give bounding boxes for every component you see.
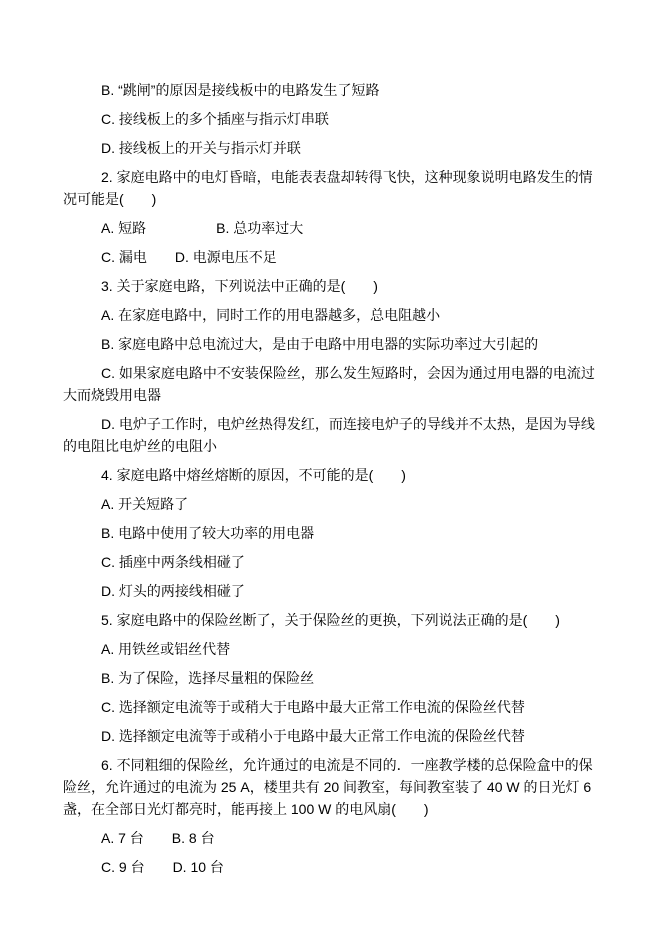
text-line: C. 接线板上的多个插座与指示灯串联 bbox=[63, 108, 599, 130]
text-line: C. 插座中两条线相碰了 bbox=[63, 551, 599, 573]
text-line: A. 用铁丝或铝丝代替 bbox=[63, 638, 599, 660]
text-line: D. 接线板上的开关与指示灯并联 bbox=[63, 137, 599, 159]
text-line: B. “跳闸”的原因是接线板中的电路发生了短路 bbox=[63, 79, 599, 101]
text-line: C. 如果家庭电路中不安装保险丝，那么发生短路时，会因为通过用电器的电流过大而烧… bbox=[63, 362, 599, 406]
text-line: D. 电炉子工作时，电炉丝热得发红，而连接电炉子的导线并不太热，是因为导线的电阻… bbox=[63, 413, 599, 457]
text-line: C. 漏电 D. 电源电压不足 bbox=[63, 246, 599, 268]
text-line: 4. 家庭电路中熔丝熔断的原因，不可能的是( ) bbox=[63, 464, 599, 486]
text-line: C. 9 台 D. 10 台 bbox=[63, 856, 599, 878]
text-line: A. 在家庭电路中，同时工作的用电器越多，总电阻越小 bbox=[63, 304, 599, 326]
text-line: A. 7 台 B. 8 台 bbox=[63, 827, 599, 849]
text-line: 6. 不同粗细的保险丝，允许通过的电流是不同的．一座教学楼的总保险盒中的保险丝，… bbox=[63, 754, 599, 820]
text-line: 2. 家庭电路中的电灯昏暗，电能表表盘却转得飞快，这种现象说明电路发生的情况可能… bbox=[63, 166, 599, 210]
text-line: A. 开关短路了 bbox=[63, 493, 599, 515]
text-line: B. 家庭电路中总电流过大，是由于电路中用电器的实际功率过大引起的 bbox=[63, 333, 599, 355]
text-line: D. 选择额定电流等于或稍小于电路中最大正常工作电流的保险丝代替 bbox=[63, 725, 599, 747]
document-body: B. “跳闸”的原因是接线板中的电路发生了短路C. 接线板上的多个插座与指示灯串… bbox=[63, 79, 599, 878]
text-line: B. 电路中使用了较大功率的用电器 bbox=[63, 522, 599, 544]
text-line: D. 灯头的两接线相碰了 bbox=[63, 580, 599, 602]
document-page: B. “跳闸”的原因是接线板中的电路发生了短路C. 接线板上的多个插座与指示灯串… bbox=[0, 0, 661, 936]
text-line: 5. 家庭电路中的保险丝断了，关于保险丝的更换，下列说法正确的是( ) bbox=[63, 609, 599, 631]
text-line: C. 选择额定电流等于或稍大于电路中最大正常工作电流的保险丝代替 bbox=[63, 696, 599, 718]
text-line: A. 短路 B. 总功率过大 bbox=[63, 217, 599, 239]
text-line: B. 为了保险，选择尽量粗的保险丝 bbox=[63, 667, 599, 689]
text-line: 3. 关于家庭电路，下列说法中正确的是( ) bbox=[63, 275, 599, 297]
